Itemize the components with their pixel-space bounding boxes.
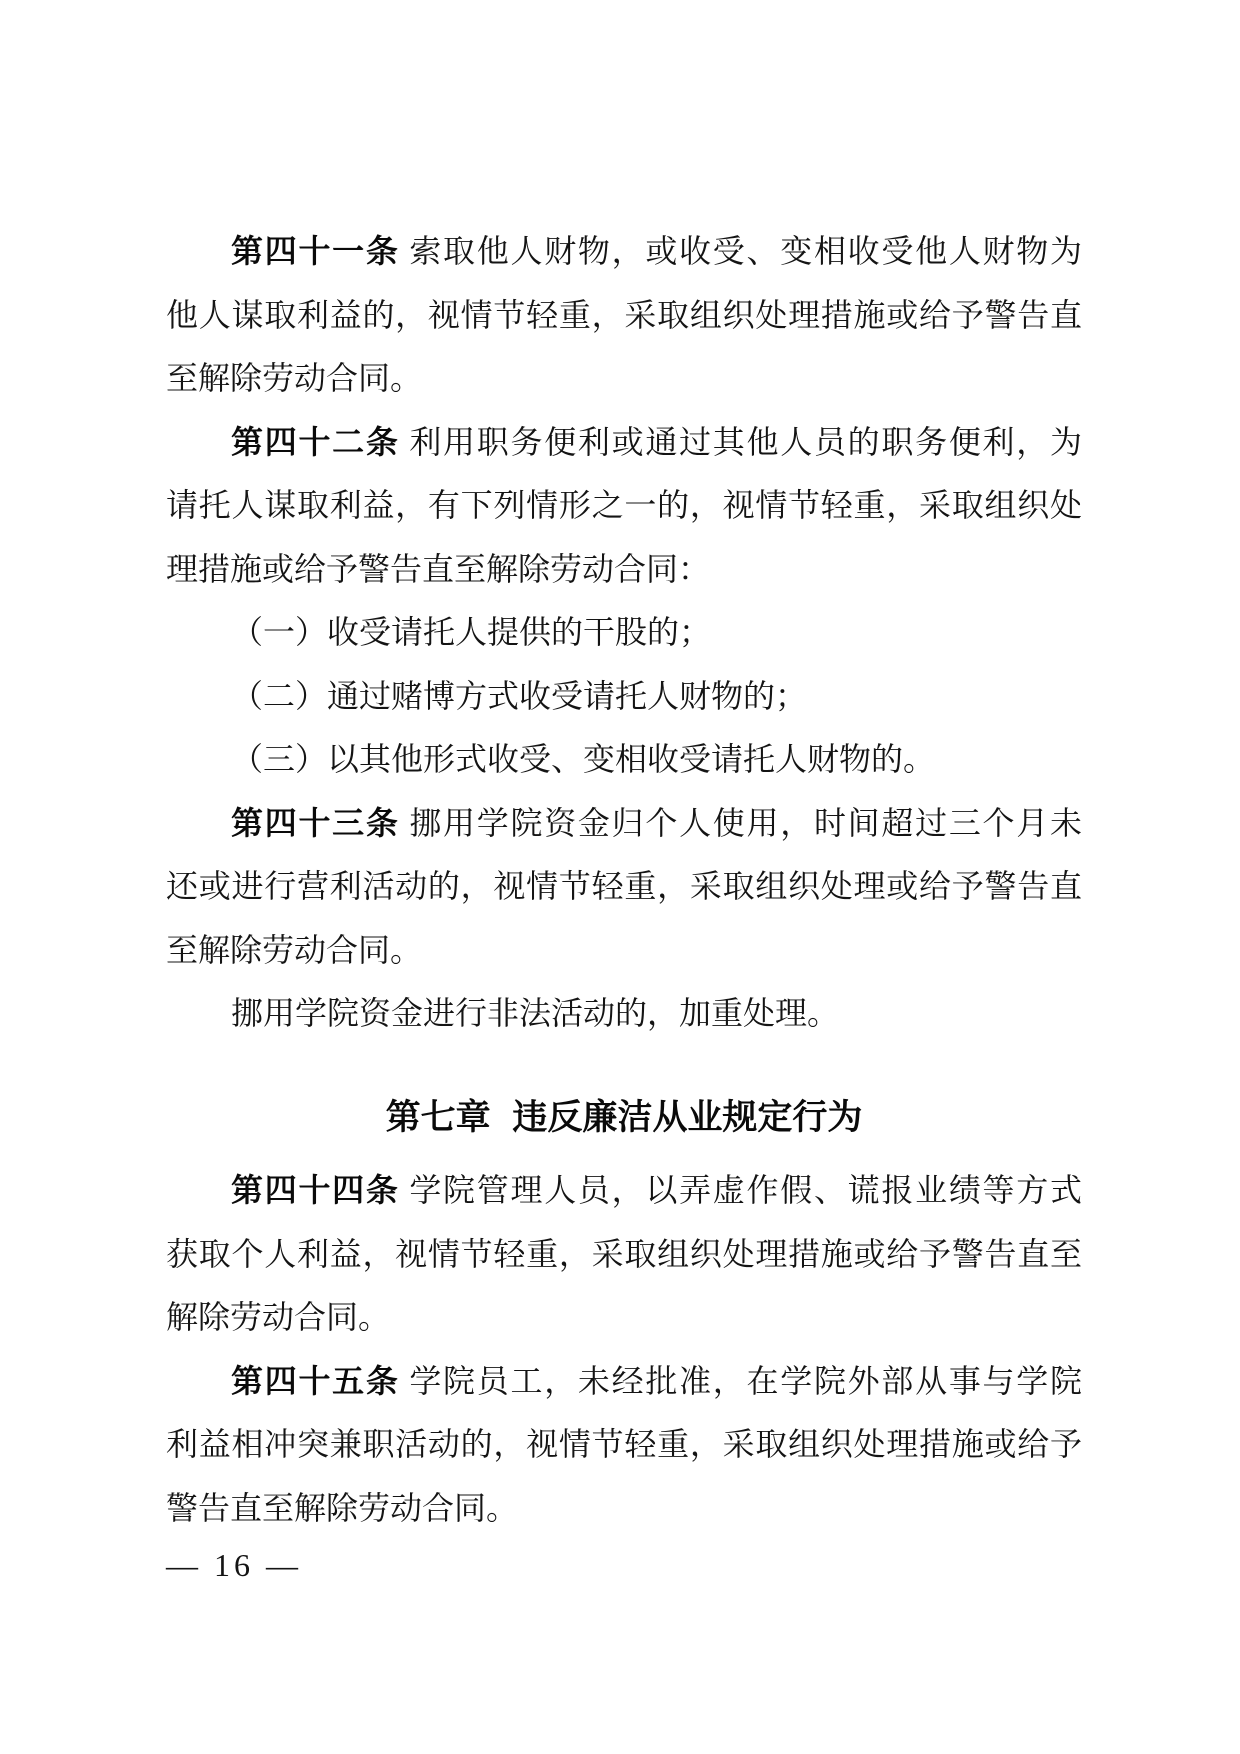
document-page: 第四十一条 索取他人财物，或收受、变相收受他人财物为他人谋取利益的，视情节轻重，… <box>0 0 1240 1754</box>
body-text: 他人谋取利益的，视情节轻重，采取组织处理措施或给予警告直 <box>166 297 1082 333</box>
body-text: 学院管理人员，以弄虚作假、谎报业绩等方式 <box>400 1172 1082 1208</box>
body-text: 还或进行营利活动的，视情节轻重，采取组织处理或给予警告直 <box>166 868 1082 904</box>
body-text: 索取他人财物，或收受、变相收受他人财物为 <box>400 233 1082 269</box>
page-number: — 16 — <box>166 1546 302 1584</box>
article-number: 第四十三条 <box>231 805 400 841</box>
text-line: 理措施或给予警告直至解除劳动合同： <box>166 538 1082 602</box>
text-line: 至解除劳动合同。 <box>166 919 1082 983</box>
text-line: 利益相冲突兼职活动的，视情节轻重，采取组织处理措施或给予 <box>166 1413 1082 1477</box>
body-text: 利用职务便利或通过其他人员的职务便利，为 <box>400 424 1082 460</box>
article-number: 第七章 违反廉洁从业规定行为 <box>386 1098 863 1137</box>
body-text: （一）收受请托人提供的干股的； <box>231 614 711 650</box>
text-line: 解除劳动合同。 <box>166 1286 1082 1350</box>
body-text: 至解除劳动合同。 <box>166 932 422 968</box>
chapter-heading: 第七章 违反廉洁从业规定行为 <box>166 1086 1082 1150</box>
body-text: 获取个人利益，视情节轻重，采取组织处理措施或给予警告直至 <box>166 1236 1082 1272</box>
body-text: 挪用学院资金进行非法活动的，加重处理。 <box>231 995 839 1031</box>
text-line: 挪用学院资金进行非法活动的，加重处理。 <box>166 982 1082 1046</box>
body-text: （二）通过赌博方式收受请托人财物的； <box>231 678 807 714</box>
text-line: 警告直至解除劳动合同。 <box>166 1477 1082 1541</box>
text-line: 第四十三条 挪用学院资金归个人使用，时间超过三个月未 <box>166 792 1082 856</box>
body-text: （三）以其他形式收受、变相收受请托人财物的。 <box>231 741 935 777</box>
body-text: 学院员工，未经批准，在学院外部从事与学院 <box>400 1363 1082 1399</box>
text-line: 他人谋取利益的，视情节轻重，采取组织处理措施或给予警告直 <box>166 284 1082 348</box>
body-text: 理措施或给予警告直至解除劳动合同： <box>166 551 710 587</box>
text-line: 获取个人利益，视情节轻重，采取组织处理措施或给予警告直至 <box>166 1223 1082 1287</box>
article-number: 第四十二条 <box>231 424 400 460</box>
text-line: 第四十二条 利用职务便利或通过其他人员的职务便利，为 <box>166 411 1082 475</box>
body-text: 请托人谋取利益，有下列情形之一的，视情节轻重，采取组织处 <box>166 487 1082 523</box>
article-number: 第四十一条 <box>231 233 400 269</box>
article-number: 第四十四条 <box>231 1172 400 1208</box>
text-line: （三）以其他形式收受、变相收受请托人财物的。 <box>166 728 1082 792</box>
text-line: （一）收受请托人提供的干股的； <box>166 601 1082 665</box>
text-line: 请托人谋取利益，有下列情形之一的，视情节轻重，采取组织处 <box>166 474 1082 538</box>
body-text: 警告直至解除劳动合同。 <box>166 1490 518 1526</box>
body-text: 挪用学院资金归个人使用，时间超过三个月未 <box>400 805 1082 841</box>
body-text: 利益相冲突兼职活动的，视情节轻重，采取组织处理措施或给予 <box>166 1426 1082 1462</box>
text-line: 第四十一条 索取他人财物，或收受、变相收受他人财物为 <box>166 220 1082 284</box>
text-line: 第四十五条 学院员工，未经批准，在学院外部从事与学院 <box>166 1350 1082 1414</box>
text-line: 至解除劳动合同。 <box>166 347 1082 411</box>
text-line: 还或进行营利活动的，视情节轻重，采取组织处理或给予警告直 <box>166 855 1082 919</box>
text-line: （二）通过赌博方式收受请托人财物的； <box>166 665 1082 729</box>
body-text: 至解除劳动合同。 <box>166 360 422 396</box>
body-text: 解除劳动合同。 <box>166 1299 390 1335</box>
article-number: 第四十五条 <box>231 1363 400 1399</box>
text-line: 第四十四条 学院管理人员，以弄虚作假、谎报业绩等方式 <box>166 1159 1082 1223</box>
document-body: 第四十一条 索取他人财物，或收受、变相收受他人财物为他人谋取利益的，视情节轻重，… <box>166 220 1082 1540</box>
